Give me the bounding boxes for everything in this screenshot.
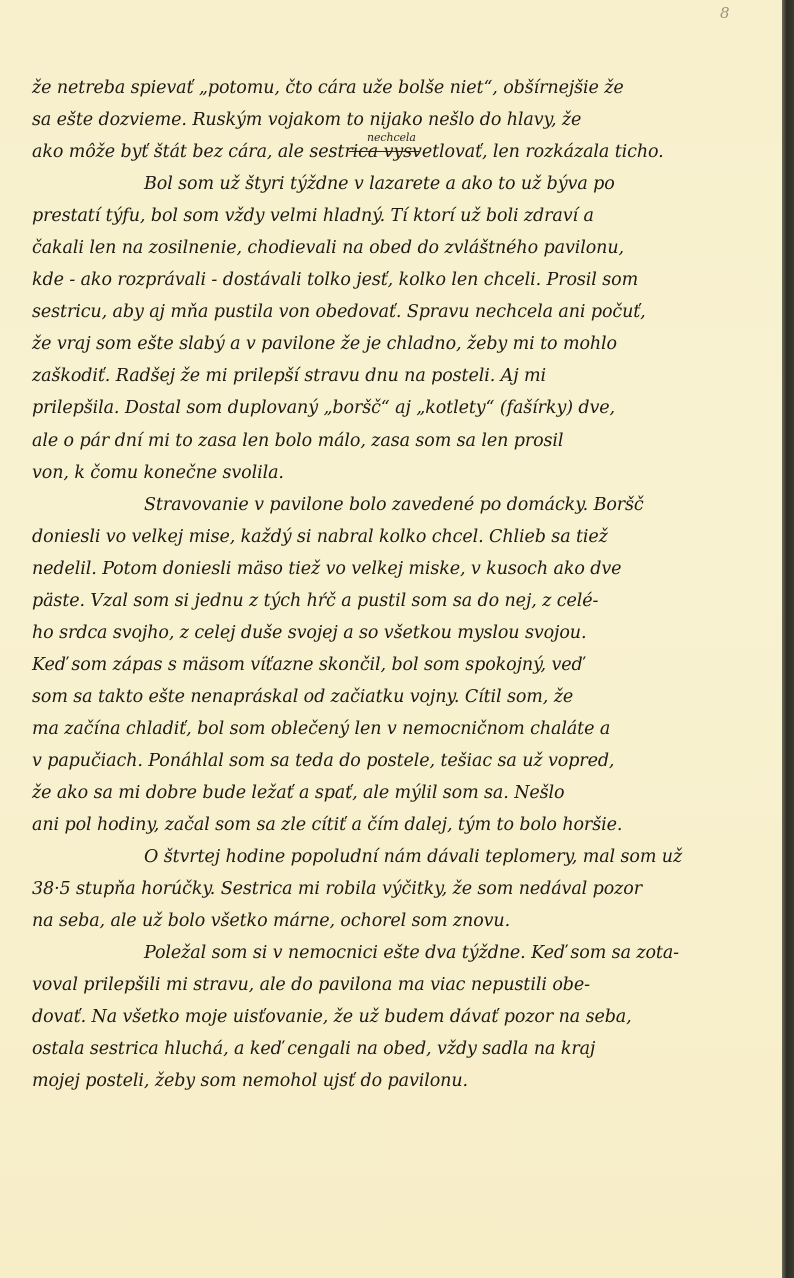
text-line: že netreba spievať „potomu, čto cára uže… — [32, 72, 772, 104]
text-line: ako môže byť štát bez cára, ale sestrica… — [32, 142, 664, 162]
interlinear-correction: nechcela — [367, 122, 416, 154]
text-line: ma začína chladiť, bol som oblečený len … — [32, 713, 772, 745]
text-line: že ako sa mi dobre bude ležať a spať, al… — [32, 777, 772, 809]
text-line: ostala sestrica hluchá, a keď cengali na… — [32, 1033, 772, 1065]
text-line: zaškodiť. Radšej že mi prilepší stravu d… — [32, 360, 772, 392]
text-line: ho srdca svojho, z celej duše svojej a s… — [32, 617, 772, 649]
text-line: ale o pár dní mi to zasa len bolo málo, … — [32, 425, 772, 457]
text-line: von, k čomu konečne svolila. — [32, 457, 772, 489]
binding-edge — [782, 0, 794, 1278]
handwritten-text-body: že netreba spievať „potomu, čto cára uže… — [32, 72, 772, 1098]
text-line: Keď som zápas s mäsom víťazne skončil, b… — [32, 649, 772, 681]
text-line: kde - ako rozprávali - dostávali tolko j… — [32, 264, 772, 296]
text-line: nedelil. Potom doniesli mäso tiež vo vel… — [32, 553, 772, 585]
text-line: ani pol hodiny, začal som sa zle cítiť a… — [32, 809, 772, 841]
paragraph-start-line: Stravovanie v pavilone bolo zavedené po … — [32, 489, 772, 521]
paragraph-start-line: Poležal som si v nemocnici ešte dva týžd… — [32, 937, 772, 969]
text-line: prestatí týfu, bol som vždy velmi hladný… — [32, 200, 772, 232]
text-line-with-interlinear: nechcela ako môže byť štát bez cára, ale… — [32, 136, 772, 168]
text-line: dovať. Na všetko moje uisťovanie, že už … — [32, 1001, 772, 1033]
page-number: 8 — [720, 4, 730, 22]
text-line: 38·5 stupňa horúčky. Sestrica mi robila … — [32, 873, 772, 905]
manuscript-page: 8 že netreba spievať „potomu, čto cára u… — [0, 0, 782, 1278]
text-line: päste. Vzal som si jednu z tých hŕč a pu… — [32, 585, 772, 617]
text-line: doniesli vo velkej mise, každý si nabral… — [32, 521, 772, 553]
text-line: voval prilepšili mi stravu, ale do pavil… — [32, 969, 772, 1001]
text-line: že vraj som ešte slabý a v pavilone že j… — [32, 328, 772, 360]
paragraph-start-line: O štvrtej hodine popoludní nám dávali te… — [32, 841, 772, 873]
text-line: sestricu, aby aj mňa pustila von obedova… — [32, 296, 772, 328]
text-line: čakali len na zosilnenie, chodievali na … — [32, 232, 772, 264]
text-line: na seba, ale už bolo všetko márne, ochor… — [32, 905, 772, 937]
text-line: prilepšila. Dostal som duplovaný „boršč“… — [32, 392, 772, 424]
text-line: v papučiach. Ponáhlal som sa teda do pos… — [32, 745, 772, 777]
text-line: som sa takto ešte nenapráskal od začiatk… — [32, 681, 772, 713]
paragraph-start-line: Bol som už štyri týždne v lazarete a ako… — [32, 168, 772, 200]
text-line: mojej posteli, žeby som nemohol ujsť do … — [32, 1065, 772, 1097]
